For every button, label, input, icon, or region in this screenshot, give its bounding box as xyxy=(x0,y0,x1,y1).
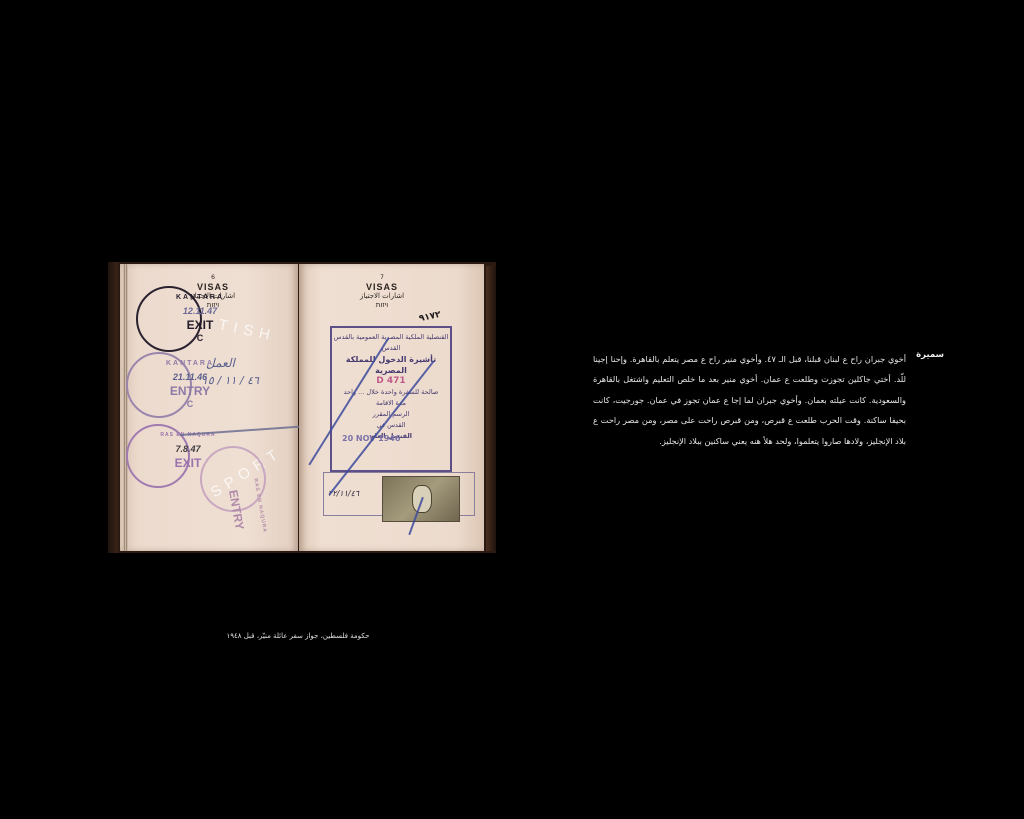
kantara-entry-stamp: KANTARA 21.11.46 ENTRY C xyxy=(126,352,192,418)
passport-cover-edge xyxy=(108,262,118,553)
speaker-name: سميرة xyxy=(912,350,944,360)
handwritten-note: العمل xyxy=(206,356,235,370)
visas-heading-he: ויזות xyxy=(337,301,427,310)
page-edges xyxy=(123,264,128,551)
corner-number: ٩١٧٢ xyxy=(418,310,442,324)
testimony-line: والسعودية. كانت عيلته بعمان. وأخوي جبران… xyxy=(593,390,906,410)
kantara-exit-stamp: KANTARA 12.11.47 EXIT C xyxy=(136,286,202,352)
page-heading: 7 VISAS اشارات الاجتياز ויזות xyxy=(337,274,427,310)
testimony-line: للّد. أختي جاكلين تجوزت وطلعت ع عمان. أخ… xyxy=(593,369,906,389)
testimony-line: أخوي جبران راح ع لبنان قبلنا، قبل الـ ٤٧… xyxy=(593,349,906,369)
testimony-line: بحيفا ساكنة. وقت الحرب طلعت ع قبرص، ومن … xyxy=(593,410,906,430)
passport-page-right: 7 VISAS اشارات الاجتياز ויזות ٩١٧٢ القنص… xyxy=(299,264,484,551)
handwritten-date: ٤٦ / ١١ / ١٥ xyxy=(202,374,259,387)
passport-page-left: 6 VISAS اشارات الاجتياز ויזות TISH SPORT… xyxy=(120,264,298,551)
passport-photo: 6 VISAS اشارات الاجتياز ויזות TISH SPORT… xyxy=(108,262,496,553)
visas-heading: VISAS xyxy=(337,282,427,292)
page-number: 6 xyxy=(168,274,258,282)
visa-serial: D 471 xyxy=(332,376,450,387)
photo-caption: حكومة فلسطين، جواز سفر عائلة منيّر، قبل … xyxy=(200,632,396,640)
testimony-line: بلاد الإنجليز، ولادها صاروا يتعلموا، ولح… xyxy=(593,431,906,451)
visas-heading-ar: اشارات الاجتياز xyxy=(337,292,427,301)
testimony-text: أخوي جبران راح ع لبنان قبلنا، قبل الـ ٤٧… xyxy=(593,349,906,451)
passport-cover-edge xyxy=(486,266,496,551)
pen-stroke xyxy=(180,426,300,436)
page-number: 7 xyxy=(337,274,427,282)
